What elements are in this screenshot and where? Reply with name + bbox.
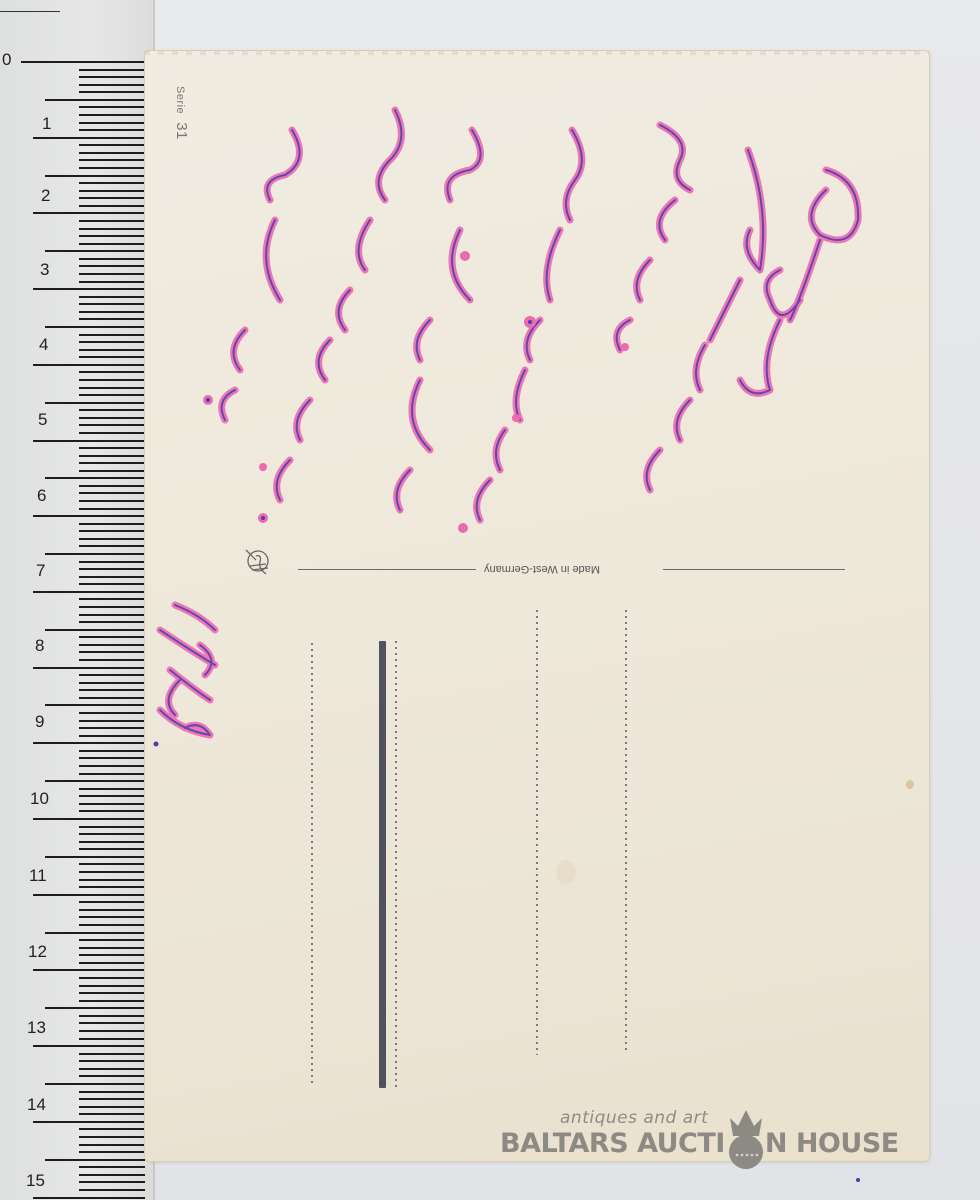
- ruler-tick: [79, 349, 145, 351]
- ruler-tick: [79, 1174, 145, 1176]
- ruler-tick: [33, 894, 145, 896]
- ruler-tick: [79, 1075, 145, 1077]
- ruler-tick: [79, 909, 145, 911]
- address-line-dotted: [536, 610, 538, 1055]
- address-line-dotted: [311, 643, 313, 1087]
- ruler-tick: [33, 212, 145, 214]
- ruler-tick: [79, 545, 145, 547]
- ruler-tick: [33, 591, 145, 593]
- ruler-tick: [79, 455, 145, 457]
- ruler-tick: [79, 985, 145, 987]
- ruler-tick: [79, 879, 145, 881]
- ruler-tick: [79, 954, 145, 956]
- ruler-number-10: 10: [30, 789, 60, 809]
- ruler-tick: [79, 803, 145, 805]
- ruler-number-4: 4: [39, 335, 69, 355]
- ruler-tick: [79, 318, 145, 320]
- ruler-number-6: 6: [37, 486, 67, 506]
- ruler-tick: [45, 326, 145, 328]
- ruler-tick: [79, 561, 145, 563]
- ruler-tick: [79, 371, 145, 373]
- watermark-name: BALTARS AUCTIN HOUSE: [500, 1128, 899, 1159]
- ruler-tick: [79, 757, 145, 759]
- ruler-tick: [79, 833, 145, 835]
- ruler-tick: [79, 1128, 145, 1130]
- ruler-tick: [79, 417, 145, 419]
- ruler-tick: [79, 977, 145, 979]
- watermark-name-right: N HOUSE: [765, 1128, 899, 1159]
- ruler-tick: [33, 364, 145, 366]
- ruler-tick: [79, 500, 145, 502]
- ruler-tick: [79, 197, 145, 199]
- ruler-tick: [79, 735, 145, 737]
- ruler-tick: [79, 182, 145, 184]
- age-stain: [556, 860, 576, 884]
- ruler-number-3: 3: [40, 260, 70, 280]
- ruler-tick: [79, 303, 145, 305]
- ruler-tick: [79, 863, 145, 865]
- divider-line-right: [663, 569, 845, 570]
- ruler-tick: [45, 477, 145, 479]
- ruler-tick: [45, 1007, 145, 1009]
- ruler-tick: [79, 651, 145, 653]
- ruler-tick: [79, 273, 145, 275]
- ruler-tick: [79, 235, 145, 237]
- ruler-tick: [79, 841, 145, 843]
- ruler-tick: [79, 773, 145, 775]
- ruler-tick: [79, 69, 145, 71]
- ruler-tick: [79, 583, 145, 585]
- ruler-tick: [79, 659, 145, 661]
- ruler-tick: [79, 826, 145, 828]
- ruler-tick: [79, 916, 145, 918]
- ruler-tick: [79, 795, 145, 797]
- ruler-tick: [79, 205, 145, 207]
- made-in-label: Made in West-Germany: [484, 563, 600, 575]
- ruler-tick: [79, 462, 145, 464]
- ruler-tick: [79, 91, 145, 93]
- ruler-tick: [45, 1083, 145, 1085]
- ruler-tick: [79, 1091, 145, 1093]
- ruler-tick: [33, 1197, 145, 1199]
- ruler-tick: [79, 220, 145, 222]
- ruler-tick: [79, 712, 145, 714]
- ruler-tick: [45, 780, 145, 782]
- ruler-tick: [79, 992, 145, 994]
- ruler-tick: [33, 288, 145, 290]
- ruler-tick: [79, 1181, 145, 1183]
- ruler-tick: [79, 492, 145, 494]
- ruler-tick: [79, 447, 145, 449]
- ruler-number-0: 0: [2, 50, 32, 70]
- ruler-tick: [79, 356, 145, 358]
- ruler-tick: [79, 84, 145, 86]
- ruler-number-15: 15: [26, 1171, 56, 1191]
- ruler-tick: [79, 334, 145, 336]
- ruler-tick: [79, 1098, 145, 1100]
- ruler-tick: [79, 1144, 145, 1146]
- ruler-number-7: 7: [36, 561, 66, 581]
- ruler-number-2: 2: [41, 186, 71, 206]
- ruler-tick: [79, 470, 145, 472]
- ruler-tick: [79, 1053, 145, 1055]
- ruler-tick: [45, 553, 145, 555]
- address-divider-bar: [379, 641, 386, 1088]
- ruler-tick: [79, 311, 145, 313]
- ruler-tick: [45, 175, 145, 177]
- ruler-tick: [79, 901, 145, 903]
- ruler-tick: [79, 530, 145, 532]
- address-line-dotted: [395, 641, 397, 1087]
- ruler-tick: [79, 122, 145, 124]
- ruler-tick: [79, 720, 145, 722]
- ruler-number-1: 1: [42, 114, 72, 134]
- ruler-tick: [45, 250, 145, 252]
- ruler-tick: [79, 485, 145, 487]
- ruler-tick: [79, 886, 145, 888]
- ruler-tick: [45, 629, 145, 631]
- ruler-tick: [79, 523, 145, 525]
- ruler-tick: [79, 152, 145, 154]
- ruler-tick: [79, 432, 145, 434]
- ruler-tick: [79, 568, 145, 570]
- series-number: 31: [173, 122, 190, 140]
- ruler-tick: [33, 137, 145, 139]
- ruler-tick: [33, 440, 145, 442]
- address-line-dotted: [625, 610, 627, 1052]
- ruler-tick: [79, 394, 145, 396]
- ruler-tick: [45, 402, 145, 404]
- ruler-tick: [79, 296, 145, 298]
- ruler-tick: [79, 1136, 145, 1138]
- ruler-tick: [79, 106, 145, 108]
- ruler-tick: [79, 848, 145, 850]
- ruler-tick: [79, 682, 145, 684]
- ruler-tick: [79, 644, 145, 646]
- ruler-tick: [79, 1113, 145, 1115]
- ruler-tick: [79, 1106, 145, 1108]
- ruler-tick: [79, 636, 145, 638]
- ruler-tick: [33, 742, 145, 744]
- ruler-tick: [79, 606, 145, 608]
- ruler-tick: [45, 1159, 145, 1161]
- auction-house-watermark: antiques and art BALTARS AUCTIN HOUSE: [500, 1108, 900, 1168]
- ruler-tick: [79, 727, 145, 729]
- ruler-tick: [79, 159, 145, 161]
- series-text: Serie: [174, 86, 186, 114]
- ruler-tick: [79, 576, 145, 578]
- series-label: Serie31: [173, 86, 190, 140]
- ruler-tick: [79, 939, 145, 941]
- ruler-tick: [79, 1038, 145, 1040]
- ruler-tick: [79, 114, 145, 116]
- ruler-tick: [79, 409, 145, 411]
- ruler-tick: [79, 1151, 145, 1153]
- watermark-tagline: antiques and art: [560, 1108, 708, 1128]
- ruler-tick: [33, 515, 145, 517]
- ruler-tick: [79, 1060, 145, 1062]
- ruler-number-13: 13: [27, 1018, 57, 1038]
- ruler-tick: [79, 144, 145, 146]
- ruler-tick: [79, 1022, 145, 1024]
- ruler-tick: [79, 962, 145, 964]
- crown-logo-icon: [726, 1108, 766, 1170]
- ruler-tick: [21, 61, 145, 63]
- ruler-tick: [33, 969, 145, 971]
- ruler-tick: [79, 924, 145, 926]
- ruler-tick: [79, 1015, 145, 1017]
- ruler-tick: [79, 379, 145, 381]
- ruler-tick: [79, 788, 145, 790]
- publisher-logo-icon: [242, 546, 272, 576]
- ruler-number-8: 8: [35, 636, 65, 656]
- ruler-tick: [79, 621, 145, 623]
- ruler-number-14: 14: [27, 1095, 57, 1115]
- ruler-number-5: 5: [38, 410, 68, 430]
- ruler-tick: [79, 871, 145, 873]
- watermark-name-left: BALTARS AUCTI: [500, 1128, 725, 1159]
- ruler-tick: [79, 750, 145, 752]
- ruler-tick: [33, 667, 145, 669]
- ruler-tick: [79, 387, 145, 389]
- ruler-tick: [45, 932, 145, 934]
- ruler-tick: [79, 190, 145, 192]
- measuring-ruler: 0 1 2 3 4 5 6 7 8 9 10 11 12 13 14 15: [0, 0, 155, 1200]
- ruler-tick: [79, 129, 145, 131]
- ruler-tick: [45, 856, 145, 858]
- ruler-tick: [79, 614, 145, 616]
- ruler-tick: [79, 1166, 145, 1168]
- ruler-top-line: [0, 11, 60, 12]
- ruler-tick: [79, 689, 145, 691]
- ruler-tick: [79, 538, 145, 540]
- ruler-tick: [33, 1121, 145, 1123]
- ruler-tick: [79, 1000, 145, 1002]
- ruler-tick: [79, 167, 145, 169]
- ruler-tick: [79, 265, 145, 267]
- ruler-tick: [79, 228, 145, 230]
- ruler-tick: [79, 508, 145, 510]
- ruler-tick: [79, 1030, 145, 1032]
- ruler-tick: [45, 704, 145, 706]
- ruler-tick: [79, 674, 145, 676]
- ruler-tick: [79, 765, 145, 767]
- ruler-tick: [79, 243, 145, 245]
- ruler-tick: [79, 1189, 145, 1191]
- ruler-tick: [79, 424, 145, 426]
- ruler-tick: [33, 1045, 145, 1047]
- ruler-number-12: 12: [28, 942, 58, 962]
- ruler-tick: [79, 810, 145, 812]
- ruler-number-11: 11: [29, 866, 59, 886]
- ruler-tick: [33, 818, 145, 820]
- ruler-tick: [79, 258, 145, 260]
- ruler-tick: [79, 1068, 145, 1070]
- ruler-tick: [79, 76, 145, 78]
- ruler-tick: [79, 697, 145, 699]
- age-stain: [906, 780, 914, 789]
- divider-line-left: [298, 569, 476, 570]
- ruler-tick: [79, 947, 145, 949]
- ruler-number-9: 9: [35, 712, 65, 732]
- ruler-tick: [45, 99, 145, 101]
- ruler-tick: [79, 281, 145, 283]
- ruler-tick: [79, 341, 145, 343]
- ruler-tick: [79, 598, 145, 600]
